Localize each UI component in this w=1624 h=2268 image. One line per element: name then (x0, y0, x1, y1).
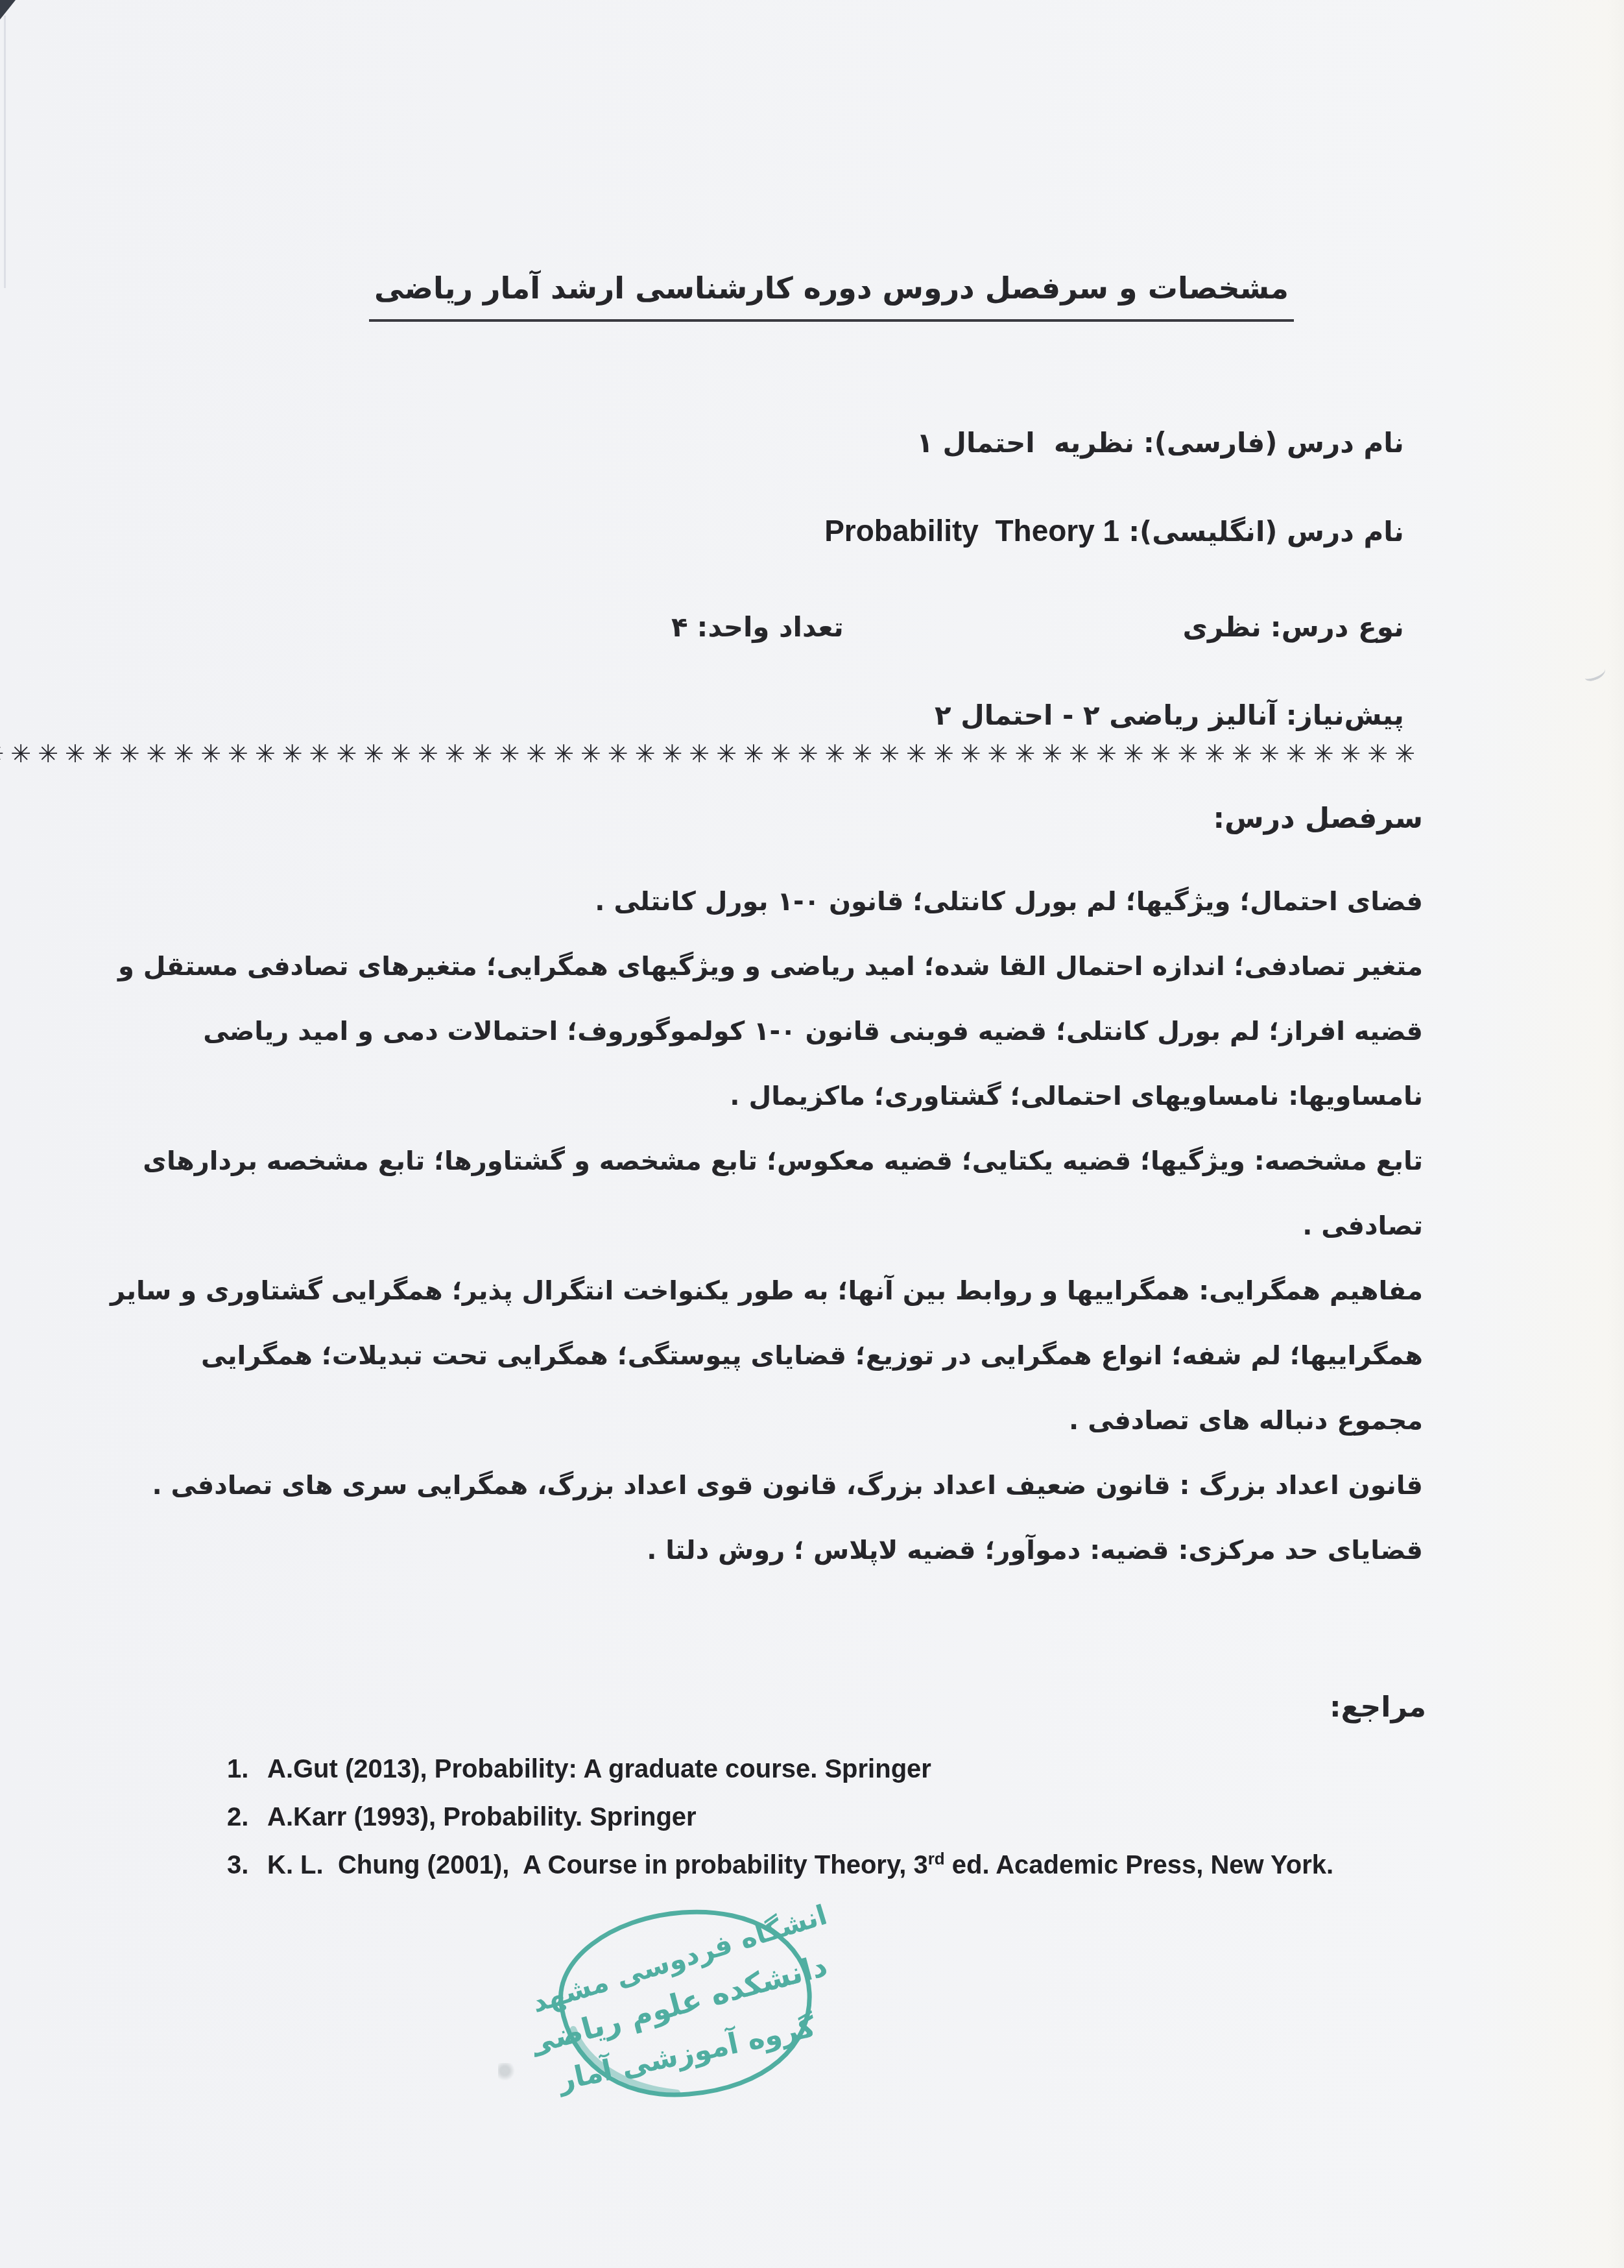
prerequisite-label: پیش‌نیاز: (1286, 699, 1404, 731)
course-name-en-label: نام درس (انگلیسی): (1128, 516, 1404, 548)
course-type-row: نوع درس:نظری (1183, 559, 1423, 650)
scanned-syllabus-page: { "document": { "title": "مشخصات و سرفصل… (0, 0, 1624, 2268)
reference-item: 3.K. L. Chung (2001), A Course in probab… (227, 1841, 1494, 1889)
syllabus-line: همگراییها؛ لم شفه؛ انواع همگرایی در توزی… (130, 1323, 1423, 1388)
university-stamp-svg: دانشگاه فردوسی مشهد دانشکده علوم ریاضی گ… (534, 1893, 826, 2119)
scan-corner-artifact (0, 0, 16, 19)
university-stamp: دانشگاه فردوسی مشهد دانشکده علوم ریاضی گ… (534, 1893, 826, 2119)
asterisk-separator: ✳✳✳✳✳✳✳✳✳✳✳✳✳✳✳✳✳✳✳✳✳✳✳✳✳✳✳✳✳✳✳✳✳✳✳✳✳✳✳✳… (0, 730, 1422, 777)
reference-text-tail: ed. Academic Press, New York. (945, 1851, 1334, 1879)
syllabus-line: مفاهیم همگرایی: همگراییها و روابط بین آن… (130, 1259, 1423, 1323)
scan-squiggle-artifact (1582, 664, 1608, 683)
syllabus-line: فضای احتمال؛ ویژگیها؛ لم بورل کانتلی؛ قا… (130, 869, 1423, 934)
credits-value: ۴ (671, 611, 688, 643)
references-heading: مراجع: (1330, 1684, 1426, 1731)
course-name-en-row: نام درس (انگلیسی):Probability Theory 1 (824, 463, 1423, 555)
reference-item: 1.A.Gut (2013), Probability: A graduate … (227, 1745, 1494, 1793)
prerequisite-row: پیش‌نیاز:آنالیز ریاضی ۲ - احتمال ۲ (935, 647, 1423, 738)
reference-number: 2. (227, 1793, 267, 1841)
scan-speck-artifact (498, 2063, 515, 2082)
syllabus-line: نامساویها: نامساویهای احتمالی؛ گشتاوری؛ … (130, 1064, 1423, 1129)
syllabus-body: فضای احتمال؛ ویژگیها؛ لم بورل کانتلی؛ قا… (130, 869, 1423, 1583)
reference-item: 2.A.Karr (1993), Probability. Springer (227, 1793, 1494, 1841)
scan-edge-line-artifact (4, 16, 6, 288)
reference-number: 3. (227, 1841, 267, 1889)
reference-text: K. L. Chung (2001), A Course in probabil… (267, 1851, 928, 1879)
prerequisite-value: آنالیز ریاضی ۲ - احتمال ۲ (935, 699, 1277, 731)
syllabus-line: تابع مشخصه: ویژگیها؛ قضیه یکتایی؛ قضیه م… (130, 1129, 1423, 1194)
course-name-fa-value: نظریه احتمال ۱ (916, 427, 1134, 459)
credits-label: تعداد واحد: (697, 611, 844, 643)
syllabus-line: قانون اعداد بزرگ : قانون ضعیف اعداد بزرگ… (130, 1453, 1423, 1518)
page-title: مشخصات و سرفصل دروس دوره کارشناسی ارشد آ… (369, 267, 1294, 322)
course-name-fa-row: نام درس (فارسی):نظریه احتمال ۱ (916, 375, 1423, 466)
references-list: 1.A.Gut (2013), Probability: A graduate … (227, 1745, 1494, 1889)
course-name-en-value: Probability Theory 1 (824, 508, 1119, 553)
syllabus-line: متغیر تصادفی؛ اندازه احتمال القا شده؛ ام… (130, 934, 1423, 999)
reference-superscript: rd (928, 1849, 945, 1868)
reference-number: 1. (227, 1745, 267, 1793)
credits-row: تعداد واحد:۴ (671, 559, 863, 650)
syllabus-line: قضایای حد مرکزی: قضیه: دموآور؛ قضیه لاپل… (130, 1518, 1423, 1583)
reference-text: A.Karr (1993), Probability. Springer (267, 1803, 697, 1831)
reference-text: A.Gut (2013), Probability: A graduate co… (267, 1755, 931, 1783)
course-type-value: نظری (1183, 611, 1261, 643)
syllabus-line: مجموع دنباله های تصادفی . (130, 1388, 1423, 1453)
course-name-fa-label: نام درس (فارسی): (1143, 427, 1404, 459)
syllabus-line: قضیه افراز؛ لم بورل کانتلی؛ قضیه فوبنی ق… (130, 999, 1423, 1064)
title-row: مشخصات و سرفصل دروس دوره کارشناسی ارشد آ… (0, 267, 1624, 322)
syllabus-line: تصادفی . (130, 1194, 1423, 1259)
syllabus-heading: سرفصل درس: (1213, 795, 1423, 842)
course-type-label: نوع درس: (1271, 611, 1404, 643)
